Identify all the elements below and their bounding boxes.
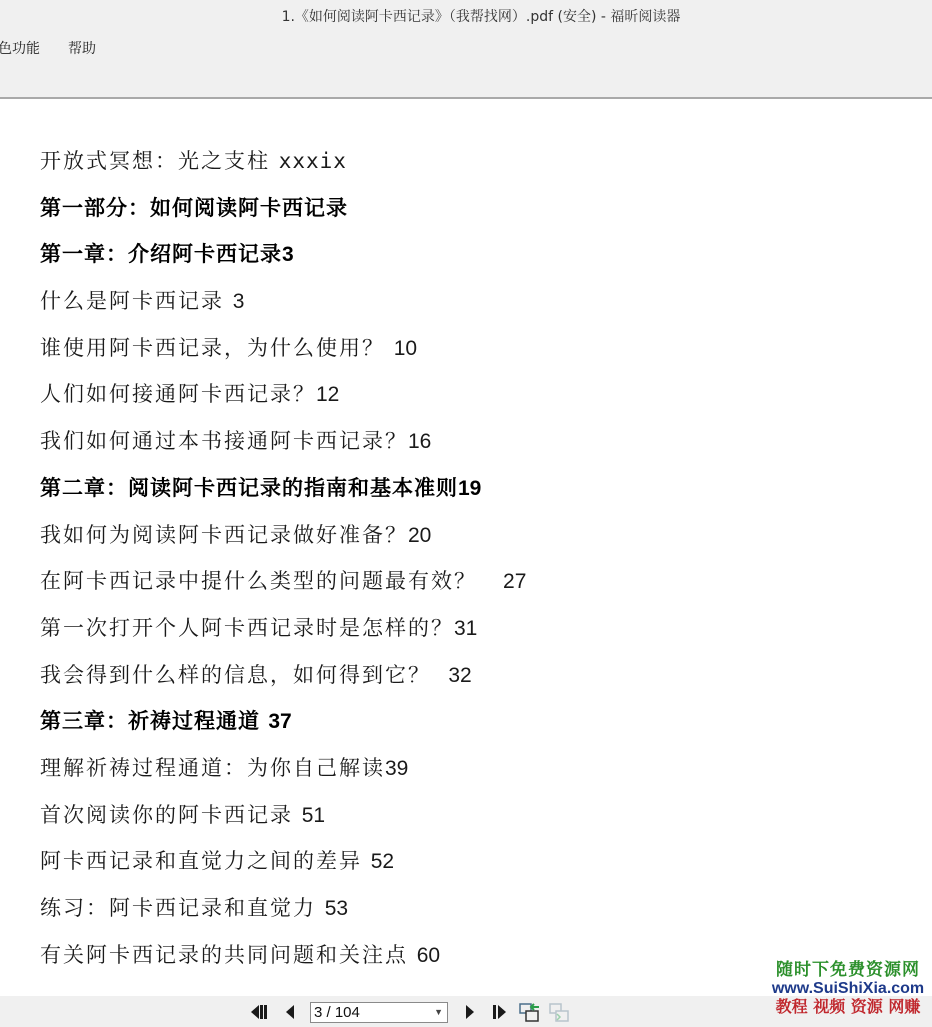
- watermark: 随时下免费资源网 www.SuiShiXia.com 教程 视频 资源 网赚: [768, 962, 928, 1015]
- toc-entry: 谁使用阿卡西记录，为什么使用？ 10: [40, 333, 526, 380]
- previous-page-button[interactable]: [278, 1000, 302, 1024]
- watermark-title: 随时下免费资源网: [768, 962, 928, 979]
- toc-entry: 人们如何接通阿卡西记录？12: [40, 379, 526, 426]
- last-page-icon: [490, 1004, 510, 1020]
- chevron-down-icon[interactable]: ▼: [434, 1007, 447, 1017]
- first-page-button[interactable]: [248, 1000, 272, 1024]
- next-page-button[interactable]: [458, 1000, 482, 1024]
- document-view[interactable]: 开放式冥想：光之支柱 xxxix 第一部分：如何阅读阿卡西记录 第一章：介绍阿卡…: [0, 99, 932, 996]
- toc-entry: 什么是阿卡西记录 3: [40, 286, 526, 333]
- page-indicator: 3 / 104: [314, 1004, 360, 1021]
- toc-entry: 我会得到什么样的信息，如何得到它？ 32: [40, 660, 526, 707]
- menu-item-help[interactable]: 帮助: [54, 38, 110, 60]
- toc-entry: 第一次打开个人阿卡西记录时是怎样的？31: [40, 613, 526, 660]
- watermark-url: www.SuiShiXia.com: [768, 981, 928, 997]
- first-page-icon: [250, 1004, 270, 1020]
- title-bar: 1.《如何阅读阿卡西记录》（我帮找网）.pdf (安全) - 福昕阅读器 色功能…: [0, 0, 932, 99]
- watermark-tagline: 教程 视频 资源 网赚: [768, 999, 928, 1015]
- previous-page-icon: [284, 1004, 296, 1020]
- menu-bar: 色功能 帮助: [0, 38, 110, 60]
- toc-entry: 我们如何通过本书接通阿卡西记录？16: [40, 426, 526, 473]
- page-number-input[interactable]: 3 / 104 ▼: [310, 1002, 448, 1023]
- previous-view-button[interactable]: [518, 1000, 542, 1024]
- toc-entry: 我如何为阅读阿卡西记录做好准备？20: [40, 520, 526, 567]
- toc-chapter-heading: 第三章：祈祷过程通道 37: [40, 706, 526, 753]
- toc-entry: 理解祈祷过程通道：为你自己解读39: [40, 753, 526, 800]
- toc-chapter-heading: 第二章：阅读阿卡西记录的指南和基本准则19: [40, 473, 526, 520]
- toc-part-heading: 第一部分：如何阅读阿卡西记录: [40, 193, 526, 240]
- last-page-button[interactable]: [488, 1000, 512, 1024]
- previous-view-icon: [519, 1002, 541, 1022]
- toc-entry: 在阿卡西记录中提什么类型的问题最有效？ 27: [40, 566, 526, 613]
- next-page-icon: [464, 1004, 476, 1020]
- toc-entry: 阿卡西记录和直觉力之间的差异 52: [40, 846, 526, 893]
- window-title: 1.《如何阅读阿卡西记录》（我帮找网）.pdf (安全) - 福昕阅读器: [0, 6, 932, 26]
- toc-entry: 有关阿卡西记录的共同问题和关注点 60: [40, 940, 526, 987]
- toc-entry: 练习：阿卡西记录和直觉力 53: [40, 893, 526, 940]
- page-navigation: 3 / 104 ▼: [248, 1000, 578, 1024]
- next-view-button[interactable]: [548, 1000, 572, 1024]
- toc-entry: 首次阅读你的阿卡西记录 51: [40, 800, 526, 847]
- table-of-contents: 开放式冥想：光之支柱 xxxix 第一部分：如何阅读阿卡西记录 第一章：介绍阿卡…: [40, 146, 526, 986]
- menu-item-features[interactable]: 色功能: [0, 38, 54, 60]
- toc-chapter-heading: 第一章：介绍阿卡西记录3: [40, 239, 526, 286]
- next-view-icon: [549, 1002, 571, 1022]
- toc-entry: 开放式冥想：光之支柱 xxxix: [40, 146, 526, 193]
